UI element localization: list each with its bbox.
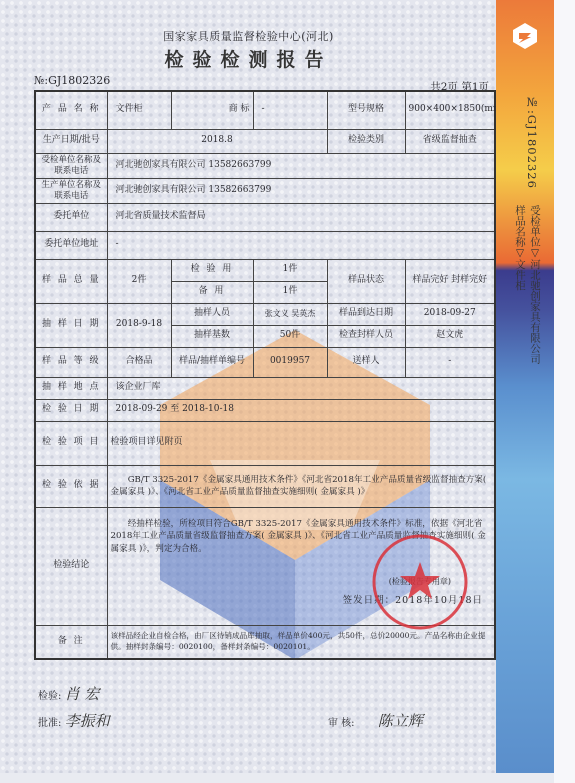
value-conclusion: 经抽样检验，所检项目符合GB/T 3325-2017《金属家具通用技术条件》标准… — [111, 518, 492, 555]
value-sample-state: 样品完好 封样完好 — [405, 259, 495, 303]
row-product: 产 品 名 称 文件柜 商 标 - 型号规格 900×400×1850(mm) — [35, 91, 495, 129]
basis-cell: GB/T 3325-2017《金属家具通用技术条件》《河北省2018年工业产品质… — [107, 465, 495, 507]
label-sample-total: 样 品 总 量 — [35, 259, 107, 303]
organization-name: 国家家具质量监督检验中心(河北) — [0, 28, 497, 44]
row-remarks: 备 注 该样品经企业自检合格，由厂区待销成品库抽取，样品单价400元，共50件，… — [35, 625, 495, 659]
row-location: 抽 样 地 点 该企业厂库 — [35, 377, 495, 399]
reviewer-label: 审 核: — [328, 718, 355, 729]
value-model: 900×400×1850(mm) — [405, 91, 495, 129]
value-arrival: 2018-09-27 — [405, 303, 495, 325]
value-prod-date: 2018.8 — [107, 129, 327, 153]
row-basis: 检 验 依 据 GB/T 3325-2017《金属家具通用技术条件》《河北省20… — [35, 465, 495, 507]
row-producer: 生产单位名称及联系电话 河北驰创家具有限公司 13582663799 — [35, 178, 495, 203]
approver-name: 李振和 — [65, 712, 110, 730]
value-base: 50件 — [253, 325, 327, 347]
row-prod-date: 生产日期/批号 2018.8 检验类别 省级监督抽查 — [35, 129, 495, 153]
label-prod-date: 生产日期/批号 — [35, 129, 107, 153]
report-page: 国家家具质量监督检验中心(河北) 检验检测报告 №:GJ1802326 共2页 … — [0, 0, 497, 773]
strip-inspected-unit: 受检单位▽河北驰创家具有限公司 — [528, 205, 543, 364]
label-location: 抽 样 地 点 — [35, 377, 107, 399]
strip-product-name: 样品名称▽文件柜 — [513, 205, 528, 291]
label-sender: 送样人 — [327, 347, 405, 377]
label-grade: 样 品 等 级 — [35, 347, 107, 377]
value-client-addr: - — [107, 231, 495, 259]
side-strip: №:GJ1802326 受检单位▽河北驰创家具有限公司 样品名称▽文件柜 — [496, 0, 554, 773]
report-table: 产 品 名 称 文件柜 商 标 - 型号规格 900×400×1850(mm) … — [34, 90, 496, 660]
strip-report-number: №:GJ1802326 — [525, 95, 539, 189]
value-sealer: 赵文虎 — [405, 325, 495, 347]
label-items: 检 验 项 目 — [35, 421, 107, 465]
label-client: 委托单位 — [35, 203, 107, 231]
row-test-date: 检 验 日 期 2018-09-29 至 2018-10-18 — [35, 399, 495, 421]
value-backup: 1件 — [253, 281, 327, 303]
remarks-cell: 该样品经企业自检合格，由厂区待销成品库抽取，样品单价400元，共50件，总价20… — [107, 625, 495, 659]
value-client: 河北省质量技术监督局 — [107, 203, 495, 231]
value-inspection-type: 省级监督抽查 — [405, 129, 495, 153]
value-inspected-unit: 河北驰创家具有限公司 13582663799 — [107, 153, 495, 178]
label-for-test: 检 验 用 — [171, 259, 253, 281]
label-sampler: 抽样人员 — [171, 303, 253, 325]
row-client: 委托单位 河北省质量技术监督局 — [35, 203, 495, 231]
value-producer: 河北驰创家具有限公司 13582663799 — [107, 178, 495, 203]
value-test-date: 2018-09-29 至 2018-10-18 — [107, 399, 495, 421]
label-inspected-unit: 受检单位名称及联系电话 — [35, 153, 107, 178]
logo-icon — [512, 22, 538, 50]
label-base: 抽样基数 — [171, 325, 253, 347]
value-sample-no: 0019957 — [253, 347, 327, 377]
approver-label: 批准: — [38, 718, 61, 729]
label-conclusion: 检验结论 — [35, 507, 107, 625]
page-edge — [554, 0, 575, 783]
inspector-label: 检验: — [38, 691, 61, 702]
row-sample-total: 样 品 总 量 2件 检 验 用 1件 样品状态 样品完好 封样完好 — [35, 259, 495, 281]
value-basis: GB/T 3325-2017《金属家具通用技术条件》《河北省2018年工业产品质… — [111, 474, 492, 499]
label-producer: 生产单位名称及联系电话 — [35, 178, 107, 203]
row-items: 检 验 项 目 检验项目详见附页 — [35, 421, 495, 465]
value-product-name: 文件柜 — [107, 91, 171, 129]
label-sample-no: 样品/抽样单编号 — [171, 347, 253, 377]
approver-signature: 批准: 李振和 — [38, 710, 110, 731]
label-trademark: 商 标 — [171, 91, 253, 129]
row-conclusion: 检验结论 经抽样检验，所检项目符合GB/T 3325-2017《金属家具通用技术… — [35, 507, 495, 625]
value-sampling-date: 2018-9-18 — [107, 303, 171, 347]
stamp-label: (检验报告专用章) — [111, 577, 492, 587]
row-sampling: 抽 样 日 期 2018-9-18 抽样人员 张文义 吴英杰 样品到达日期 20… — [35, 303, 495, 325]
report-title: 检验检测报告 — [0, 45, 497, 72]
reviewer-signature: 审 核: 陈立辉 — [328, 710, 423, 731]
label-sampling-date: 抽 样 日 期 — [35, 303, 107, 347]
value-remarks: 该样品经企业自检合格，由厂区待销成品库抽取，样品单价400元，共50件，总价20… — [111, 631, 492, 652]
label-test-date: 检 验 日 期 — [35, 399, 107, 421]
reviewer-name: 陈立辉 — [378, 712, 423, 730]
label-model: 型号规格 — [327, 91, 405, 129]
label-product-name: 产 品 名 称 — [35, 91, 107, 129]
value-sender: - — [405, 347, 495, 377]
value-location: 该企业厂库 — [107, 377, 495, 399]
label-backup: 备 用 — [171, 281, 253, 303]
conclusion-cell: 经抽样检验，所检项目符合GB/T 3325-2017《金属家具通用技术条件》标准… — [107, 507, 495, 625]
value-sample-total: 2件 — [107, 259, 171, 303]
row-grade: 样 品 等 级 合格品 样品/抽样单编号 0019957 送样人 - — [35, 347, 495, 377]
label-arrival: 样品到达日期 — [327, 303, 405, 325]
inspector-signature: 检验: 肖 宏 — [38, 683, 99, 704]
label-sample-state: 样品状态 — [327, 259, 405, 303]
label-client-addr: 委托单位地址 — [35, 231, 107, 259]
label-remarks: 备 注 — [35, 625, 107, 659]
row-client-addr: 委托单位地址 - — [35, 231, 495, 259]
value-trademark: - — [253, 91, 327, 129]
report-number: №:GJ1802326 — [34, 74, 110, 87]
issue-date: 签发日期：2018年10月18日 — [111, 595, 492, 607]
value-for-test: 1件 — [253, 259, 327, 281]
value-items: 检验项目详见附页 — [107, 421, 495, 465]
row-inspected-unit: 受检单位名称及联系电话 河北驰创家具有限公司 13582663799 — [35, 153, 495, 178]
label-basis: 检 验 依 据 — [35, 465, 107, 507]
value-grade: 合格品 — [107, 347, 171, 377]
inspector-name: 肖 宏 — [65, 685, 100, 703]
value-sampler: 张文义 吴英杰 — [253, 303, 327, 325]
label-sealer: 检查封样人员 — [327, 325, 405, 347]
label-inspection-type: 检验类别 — [327, 129, 405, 153]
